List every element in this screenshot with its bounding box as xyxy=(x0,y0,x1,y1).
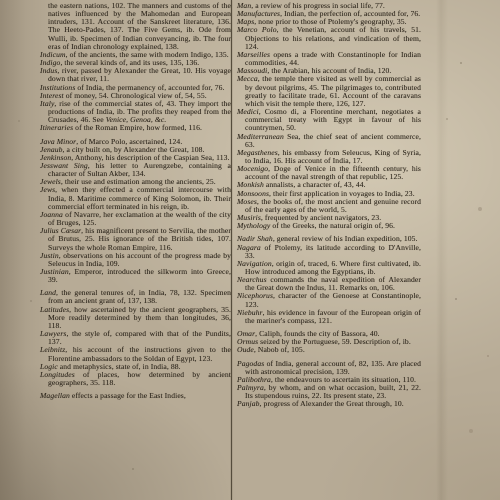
index-entry: Justin, observations on his account of t… xyxy=(40,252,231,268)
entry-text: of Navarre, her exclamation at the wealt… xyxy=(48,210,231,227)
entry-text: , Nabob of, 105. xyxy=(254,345,305,354)
entry-text: opens a trade with Constantinople for In… xyxy=(245,50,421,67)
index-column-right: Man, a review of his progress in social … xyxy=(237,2,421,409)
entry-text: , his account of the instructions given … xyxy=(48,345,231,362)
index-entry: Megasthenes, his embassy from Seleucus, … xyxy=(237,149,421,165)
index-entry: Pagodas of India, general account of, 82… xyxy=(237,360,421,376)
index-entry: Palmyra, by whom, and on what occasion, … xyxy=(237,384,421,400)
index-entry: Jesswant Sing, his letter to Aurengzebe,… xyxy=(40,162,231,178)
index-entry: Latitudes, how ascertained by the ancien… xyxy=(40,306,231,330)
index-entry: Magellan effects a passage for the East … xyxy=(40,392,231,400)
index-entry: Longitudes of places, how determined by … xyxy=(40,371,231,387)
entry-text: , the books of, the most ancient and gen… xyxy=(245,197,421,214)
paper-speckles xyxy=(0,0,2,2)
entry-headword: Mythology xyxy=(237,221,270,230)
entry-text: of India, general account of, 82, 135. A… xyxy=(245,359,421,376)
index-entry: Oude, Nabob of, 105. xyxy=(237,346,421,354)
entry-text: , his evidence in favour of the European… xyxy=(245,308,421,325)
entry-headword: Itineraries xyxy=(40,123,73,132)
index-column-left: the eastern nations, 102. The manners an… xyxy=(40,2,231,400)
index-entry: Moses, the books of, the most ancient an… xyxy=(237,198,421,214)
index-entry: Medici, Cosmo di, a Florentine merchant,… xyxy=(237,108,421,132)
entry-text: , Doge of Venice in the fifteenth centur… xyxy=(245,164,421,181)
index-entry: Nagara of Ptolemy, its latitude accordin… xyxy=(237,244,421,260)
index-entry: Justinian, Emperor, introduced the silkw… xyxy=(40,268,231,284)
index-entry: Nicephorus, character of the Genoese at … xyxy=(237,292,421,308)
index-entry: Marseilles opens a trade with Constantin… xyxy=(237,51,421,67)
entry-text: effects a passage for the East Indies, xyxy=(70,391,186,400)
index-entry: Mecca, the temple there visited as well … xyxy=(237,75,421,108)
index-entry: Itineraries of the Roman Empire, how for… xyxy=(40,124,231,132)
entry-text: of places, how determined by ancient geo… xyxy=(48,370,231,387)
entry-text: commands the naval expedition of Alexand… xyxy=(245,275,421,292)
entry-text: , river, passed by Alexander the Great, … xyxy=(48,66,231,83)
index-entry: Niebuhr, his evidence in favour of the E… xyxy=(237,309,421,325)
entry-text: , progress of Alexander the Great throug… xyxy=(260,399,404,408)
entry-text: of Ptolemy, its latitude according to D'… xyxy=(245,243,421,260)
index-entry: Julius Cæsar, his magnificent present to… xyxy=(40,227,231,251)
entry-text: of the Greeks, the natural origin of, 96… xyxy=(270,221,395,230)
entry-text: , observations on his account of the pro… xyxy=(48,251,231,268)
entry-text: , origin of, traced, 6. Where first cult… xyxy=(245,259,421,276)
entry-text: , Cosmo di, a Florentine merchant, negot… xyxy=(245,107,421,132)
index-entry: Mediterranean Sea, the chief seat of anc… xyxy=(237,133,421,149)
index-entry: Land, the general tenures of, in India, … xyxy=(40,289,231,305)
entry-headword: Panjab xyxy=(237,399,260,408)
index-entry: the eastern nations, 102. The manners an… xyxy=(40,2,231,51)
index-entry: Leibnitz, his account of the instruction… xyxy=(40,346,231,362)
entry-text: , Emperor, introduced the silkworm into … xyxy=(48,267,231,284)
index-entry: Italy, rise of the commercial states of,… xyxy=(40,100,231,124)
entry-text: , by whom, and on what occasion, built, … xyxy=(245,383,421,400)
entry-text: , the style of, compared with that of th… xyxy=(48,329,231,346)
entry-text: , the temple there visited as well by co… xyxy=(245,74,421,107)
book-page: the eastern nations, 102. The manners an… xyxy=(0,0,500,500)
index-entry: Joanna of Navarre, her exclamation at th… xyxy=(40,211,231,227)
entry-text: the eastern nations, 102. The manners an… xyxy=(48,1,231,51)
index-entry: Jews, when they effected a commercial in… xyxy=(40,186,231,210)
index-entry: Indus, river, passed by Alexander the Gr… xyxy=(40,67,231,83)
index-entry: Nearchus commands the naval expedition o… xyxy=(237,276,421,292)
column-divider xyxy=(231,0,232,500)
index-entry: Marco Polo, the Venetian, account of his… xyxy=(237,26,421,50)
index-entry: Navigation, origin of, traced, 6. Where … xyxy=(237,260,421,276)
entry-headword: Oude xyxy=(237,345,254,354)
entry-text: , the general tenures of, in India, 78, … xyxy=(48,288,231,305)
index-entry: Panjab, progress of Alexander the Great … xyxy=(237,400,421,408)
entry-text: , how ascertained by the ancient geograp… xyxy=(48,305,231,330)
entry-text: , when they effected a commercial interc… xyxy=(48,185,231,210)
index-entry: Mocenigo, Doge of Venice in the fifteent… xyxy=(237,165,421,181)
entry-text: of the Roman Empire, how formed, 116. xyxy=(73,123,202,132)
index-entry: Mythology of the Greeks, the natural ori… xyxy=(237,222,421,230)
entry-headword: Magellan xyxy=(40,391,70,400)
index-entry: Lawyers, the style of, compared with tha… xyxy=(40,330,231,346)
